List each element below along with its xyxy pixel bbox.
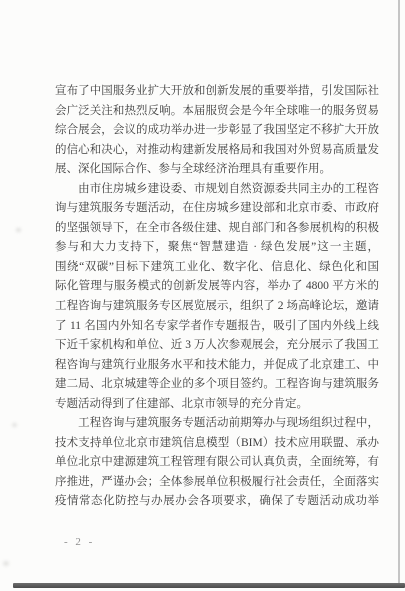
text-line: 的坚强领导下，在全市各级住建、规自部门和各参展机构的积极	[55, 219, 379, 239]
scan-edge-right-line	[398, 0, 400, 586]
page-number: - 2 -	[64, 536, 95, 548]
text-line: 工程咨询与建筑服务专题活动前期筹办与现场组织过程中，	[55, 414, 379, 434]
text-line: 宣布了中国服务业扩大开放和创新发展的重要举措，引发国际社	[55, 82, 379, 102]
document-page: 宣布了中国服务业扩大开放和创新发展的重要举措，引发国际社会广泛关注和热烈反响。本…	[0, 0, 405, 591]
text-line: 际化管理与服务模式的创新发展等内容，举办了 4800 平方米的	[55, 277, 379, 297]
scan-edge-bottom-shadow	[13, 583, 405, 588]
text-line: 的信心和决心，对推动构建新发展格局和我国对外贸易高质量发	[55, 141, 379, 161]
text-line: 参与和大力支持下，聚焦“智慧建造 · 绿色发展”这一主题，	[55, 238, 379, 258]
text-line: 询与建筑服务专题活动，在住房城乡建设部和北京市委、市政府	[55, 199, 379, 219]
text-line: 由市住房城乡建设委、市规划自然资源委共同主办的工程咨	[55, 180, 379, 200]
text-line: 了 11 名国内外知名专家学者作专题报告，吸引了国内外线上线	[55, 317, 379, 337]
scan-smudge	[12, 423, 17, 427]
text-line: 下近千家机构和单位、近 3 万人次参观展会，充分展示了我国工	[55, 336, 379, 356]
text-line: 疫情常态化防控与办展办会各项要求，确保了专题活动成功举	[55, 492, 379, 512]
text-line: 建二局、北京城建等企业的多个项目签约。工程咨询与建筑服务	[55, 375, 379, 395]
text-line: 序推进，严谨办会；全体参展单位积极履行社会责任，全面落实	[55, 473, 379, 493]
body-text: 宣布了中国服务业扩大开放和创新发展的重要举措，引发国际社会广泛关注和热烈反响。本…	[55, 82, 379, 512]
text-line: 围绕“双碳”目标下建筑工业化、数字化、信息化、绿色化和国	[55, 258, 379, 278]
text-line: 工程咨询与建筑服务专区展览展示，组织了 2 场高峰论坛，邀请	[55, 297, 379, 317]
text-line: 技术支持单位北京市建筑信息模型（BIM）技术应用联盟、承办	[55, 434, 379, 454]
scan-smudge	[3, 561, 9, 566]
text-line: 会广泛关注和热烈反响。本届服贸会是今年全球唯一的服务贸易	[55, 102, 379, 122]
text-line: 专题活动得到了住建部、北京市领导的充分肯定。	[55, 395, 379, 415]
text-line: 综合展会，会议的成功举办进一步彰显了我国坚定不移扩大开放	[55, 121, 379, 141]
text-line: 单位北京中建源建筑工程管理有限公司认真负责，全面统筹，有	[55, 453, 379, 473]
text-line: 展、深化国际合作、参与全球经济治理具有重要作用。	[55, 160, 379, 180]
scan-smudge	[16, 228, 21, 232]
text-line: 程咨询与建筑行业服务水平和技术能力，并促成了北京建工、中	[55, 356, 379, 376]
